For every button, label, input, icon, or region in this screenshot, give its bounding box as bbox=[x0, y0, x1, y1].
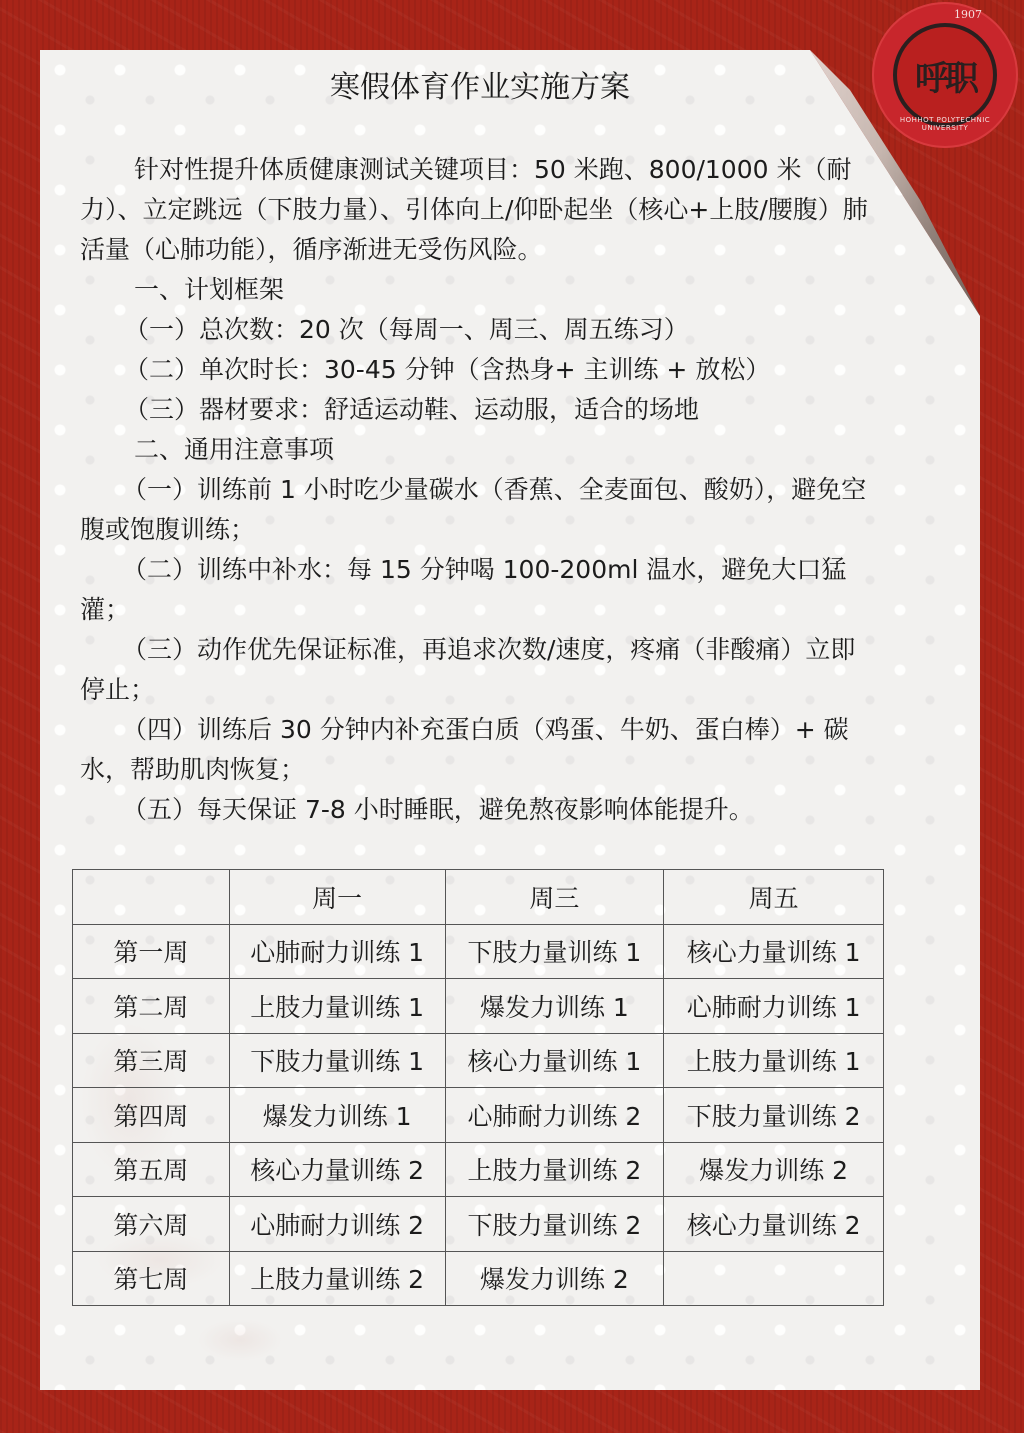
table-cell: 上肢力量训练 1 bbox=[229, 979, 445, 1034]
table-cell bbox=[664, 1251, 884, 1306]
notice-item: （二）训练中补水：每 15 分钟喝 100-200ml 温水，避免大口猛灌； bbox=[80, 550, 880, 630]
notice-item: （五）每天保证 7-8 小时睡眠，避免熬夜影响体能提升。 bbox=[80, 790, 880, 830]
framework-item: （一）总次数：20 次（每周一、周三、周五练习） bbox=[80, 310, 880, 350]
header-cell-friday: 周五 bbox=[664, 870, 884, 925]
table-cell: 上肢力量训练 2 bbox=[229, 1251, 445, 1306]
table-cell: 心肺耐力训练 2 bbox=[445, 1088, 664, 1143]
table-cell: 上肢力量训练 1 bbox=[664, 1033, 884, 1088]
table-cell: 爆发力训练 2 bbox=[664, 1142, 884, 1197]
week-label: 第二周 bbox=[73, 979, 230, 1034]
week-label: 第四周 bbox=[73, 1088, 230, 1143]
week-label: 第七周 bbox=[73, 1251, 230, 1306]
intro-paragraph: 针对性提升体质健康测试关键项目：50 米跑、800/1000 米（耐力）、立定跳… bbox=[80, 150, 880, 270]
training-schedule-table: 周一 周三 周五 第一周 心肺耐力训练 1 下肢力量训练 1 核心力量训练 1 … bbox=[72, 869, 884, 1306]
document-body: 针对性提升体质健康测试关键项目：50 米跑、800/1000 米（耐力）、立定跳… bbox=[80, 150, 880, 830]
notice-item: （一）训练前 1 小时吃少量碳水（香蕉、全麦面包、酸奶），避免空腹或饱腹训练； bbox=[80, 470, 880, 550]
week-label: 第一周 bbox=[73, 924, 230, 979]
table-cell: 上肢力量训练 2 bbox=[445, 1142, 664, 1197]
table-cell: 核心力量训练 2 bbox=[664, 1197, 884, 1252]
week-label: 第六周 bbox=[73, 1197, 230, 1252]
header-cell-monday: 周一 bbox=[229, 870, 445, 925]
table-cell: 下肢力量训练 1 bbox=[229, 1033, 445, 1088]
document-title: 寒假体育作业实施方案 bbox=[0, 62, 960, 106]
framework-item: （二）单次时长：30-45 分钟（含热身+ 主训练 + 放松） bbox=[80, 350, 880, 390]
table-cell: 下肢力量训练 2 bbox=[664, 1088, 884, 1143]
notice-item: （四）训练后 30 分钟内补充蛋白质（鸡蛋、牛奶、蛋白棒）+ 碳水，帮助肌肉恢复… bbox=[80, 710, 880, 790]
table-cell: 心肺耐力训练 2 bbox=[229, 1197, 445, 1252]
table-cell: 下肢力量训练 2 bbox=[445, 1197, 664, 1252]
table-row: 第一周 心肺耐力训练 1 下肢力量训练 1 核心力量训练 1 bbox=[73, 924, 884, 979]
logo-ring-text: HOHHOT POLYTECHNIC UNIVERSITY bbox=[882, 116, 1008, 132]
table-cell: 心肺耐力训练 1 bbox=[664, 979, 884, 1034]
table-row: 第五周 核心力量训练 2 上肢力量训练 2 爆发力训练 2 bbox=[73, 1142, 884, 1197]
notice-item: （三）动作优先保证标准，再追求次数/速度，疼痛（非酸痛）立即停止； bbox=[80, 630, 880, 710]
table-cell: 心肺耐力训练 1 bbox=[229, 924, 445, 979]
table-row: 第六周 心肺耐力训练 2 下肢力量训练 2 核心力量训练 2 bbox=[73, 1197, 884, 1252]
table-cell: 核心力量训练 1 bbox=[445, 1033, 664, 1088]
table-row: 第二周 上肢力量训练 1 爆发力训练 1 心肺耐力训练 1 bbox=[73, 979, 884, 1034]
table-cell: 下肢力量训练 1 bbox=[445, 924, 664, 979]
header-cell-corner bbox=[73, 870, 230, 925]
table-cell: 核心力量训练 1 bbox=[664, 924, 884, 979]
table-row: 第四周 爆发力训练 1 心肺耐力训练 2 下肢力量训练 2 bbox=[73, 1088, 884, 1143]
week-label: 第三周 bbox=[73, 1033, 230, 1088]
table-header-row: 周一 周三 周五 bbox=[73, 870, 884, 925]
table-cell: 爆发力训练 2 bbox=[445, 1251, 664, 1306]
header-cell-wednesday: 周三 bbox=[445, 870, 664, 925]
section-heading: 一、计划框架 bbox=[80, 270, 880, 310]
table-cell: 爆发力训练 1 bbox=[229, 1088, 445, 1143]
framework-item: （三）器材要求：舒适运动鞋、运动服，适合的场地 bbox=[80, 390, 880, 430]
table-cell: 爆发力训练 1 bbox=[445, 979, 664, 1034]
section-heading: 二、通用注意事项 bbox=[80, 430, 880, 470]
table-cell: 核心力量训练 2 bbox=[229, 1142, 445, 1197]
table-row: 第三周 下肢力量训练 1 核心力量训练 1 上肢力量训练 1 bbox=[73, 1033, 884, 1088]
week-label: 第五周 bbox=[73, 1142, 230, 1197]
table-row: 第七周 上肢力量训练 2 爆发力训练 2 bbox=[73, 1251, 884, 1306]
logo-year: 1907 bbox=[954, 8, 982, 21]
